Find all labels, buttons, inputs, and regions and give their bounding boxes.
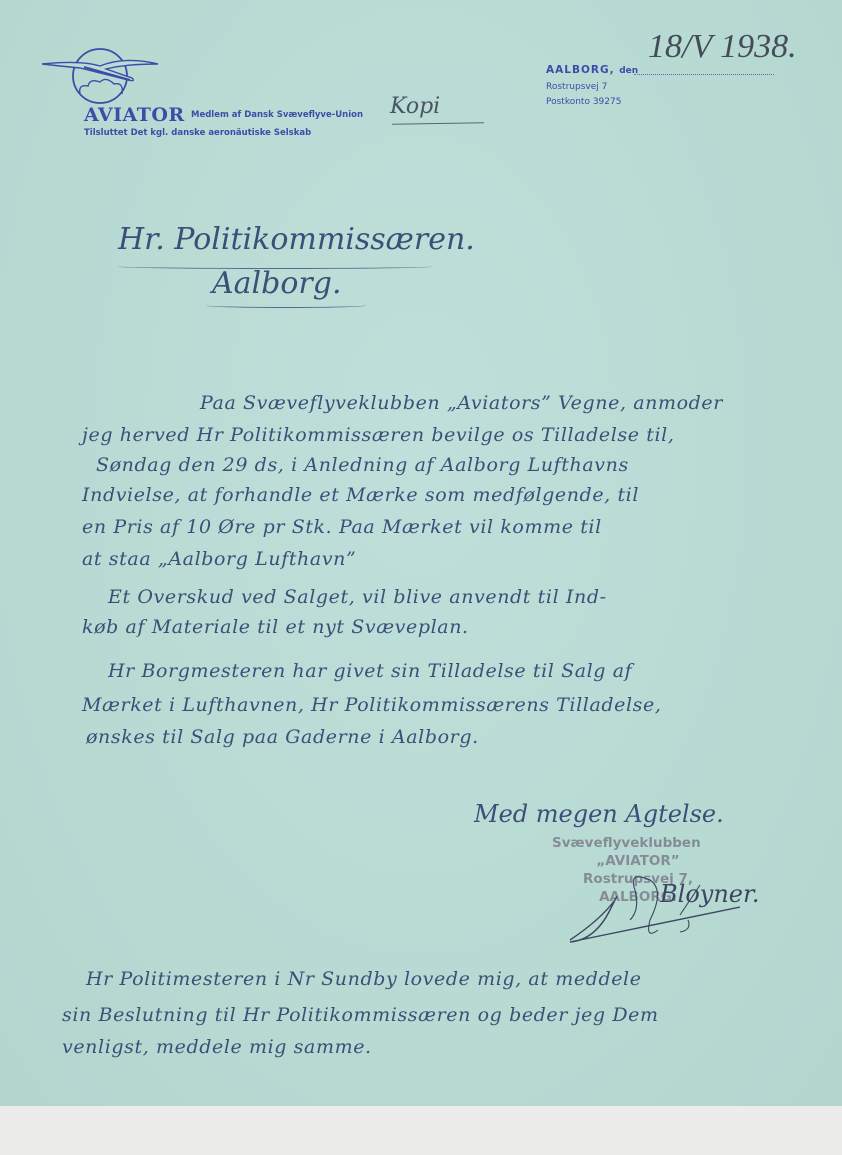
body-line: jeg herved Hr Politikommissæren bevilge … (82, 424, 674, 446)
date-dotted-line (634, 74, 774, 75)
handwritten-date: 18/V 1938. (648, 28, 797, 66)
letter-paper: AVIATOR Medlem af Dansk Svæveflyve-Union… (0, 0, 842, 1106)
body-line: køb af Materiale til et nyt Svæveplan. (82, 616, 469, 638)
copy-mark-underline (392, 122, 484, 125)
postal-account: Postkonto 39275 (546, 97, 621, 107)
postscript-line: Hr Politimesteren i Nr Sundby lovede mig… (86, 968, 642, 990)
brand-name: AVIATOR (84, 104, 185, 126)
street-address: Rostrupsvej 7 (546, 82, 607, 92)
copy-mark: Kopi (390, 94, 440, 119)
glider-logo-icon (40, 42, 160, 110)
postscript-line: sin Beslutning til Hr Politikommissæren … (62, 1004, 659, 1026)
city-label: AALBORG, (546, 64, 615, 76)
membership-text: Medlem af Dansk Svæveflyve-Union (191, 110, 363, 120)
body-line: Et Overskud ved Salget, vil blive anvend… (108, 586, 607, 608)
city-line: AALBORG, den (546, 64, 638, 76)
addressee-city-underline (206, 303, 366, 308)
body-line: Paa Svæveflyveklubben „Aviators” Vegne, … (200, 392, 723, 414)
closing-salutation: Med megen Agtelse. (474, 800, 724, 828)
body-line: en Pris af 10 Øre pr Stk. Paa Mærket vil… (82, 516, 602, 538)
affiliation-text: Tilsluttet Det kgl. danske aeronäutiske … (84, 128, 311, 138)
body-line: ønskes til Salg paa Gaderne i Aalborg. (86, 726, 479, 748)
postscript-line: venligst, meddele mig samme. (62, 1036, 372, 1058)
body-line: Søndag den 29 ds, i Anledning af Aalborg… (96, 454, 629, 476)
body-line: Mærket i Lufthavnen, Hr Politikommissære… (82, 694, 662, 716)
body-line: Hr Borgmesteren har givet sin Tilladelse… (108, 660, 632, 682)
scanner-background (0, 1106, 842, 1155)
signature-flourish-icon (540, 860, 740, 970)
addressee-title: Hr. Politikommissæren. (118, 222, 475, 257)
addressee-city: Aalborg. (212, 266, 342, 301)
stamp-line: Svæveflyveklubben (548, 834, 728, 852)
body-line: at staa „Aalborg Lufthavn” (82, 548, 356, 570)
body-line: Indvielse, at forhandle et Mærke som med… (82, 484, 639, 506)
